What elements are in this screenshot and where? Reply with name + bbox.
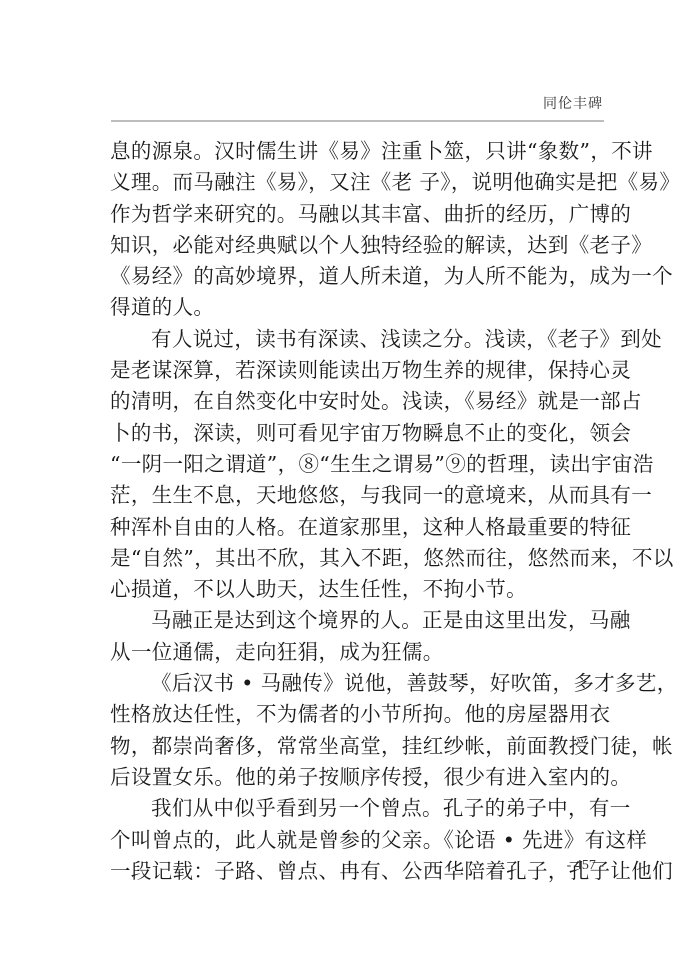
text-line: 卜的书，深读，则可看见宇宙万物瞬息不止的变化，领会 [110, 418, 610, 449]
text-line: 茫，生生不息，天地悠悠，与我同一的意境来，从而具有一 [110, 480, 610, 511]
paragraph-start-line: 我们从中似乎看到另一个曾点。孔子的弟子中，有一 [110, 793, 610, 824]
text-line: 后设置女乐。他的弟子按顺序传授，很少有进入室内的。 [110, 762, 610, 793]
text-line: 的清明，在自然变化中安时处。浅读，《易经》就是一部占 [110, 386, 610, 417]
text-line: 义理。而马融注《易》，又注《老 子》，说明他确实是把《易》 [110, 167, 610, 198]
header-divider [111, 120, 604, 122]
body-text: 息的源泉。汉时儒生讲《易》注重卜筮，只讲“象数”，不讲 义理。而马融注《易》，又… [110, 136, 610, 887]
paragraph-start-line: 有人说过，读书有深读、浅读之分。浅读，《老子》到处 [110, 324, 610, 355]
text-line: 息的源泉。汉时儒生讲《易》注重卜筮，只讲“象数”，不讲 [110, 136, 610, 167]
text-line: 得道的人。 [110, 292, 610, 323]
page-number: - 457 - [520, 858, 604, 874]
text-line: 作为哲学来研究的。马融以其丰富、曲折的经历，广博的 [110, 199, 610, 230]
running-header-title: 同伦丰碑 [111, 95, 603, 113]
paragraph-start-line: 《后汉书 • 马融传》说他，善鼓琴，好吹笛，多才多艺， [110, 668, 610, 699]
text-line: 知识，必能对经典赋以个人独特经验的解读，达到《老子》 [110, 230, 610, 261]
text-line: 种浑朴自由的人格。在道家那里，这种人格最重要的特征 [110, 512, 610, 543]
text-line: 物，都崇尚奢侈，常常坐高堂，挂红纱帐，前面教授门徒，帐 [110, 731, 610, 762]
text-line: 是老谋深算，若深读则能读出万物生养的规律，保持心灵 [110, 355, 610, 386]
text-line: 性格放达任性，不为儒者的小节所拘。他的房屋器用衣 [110, 699, 610, 730]
text-line: 个叫曾点的，此人就是曾参的父亲。《论语 • 先进》有这样 [110, 825, 610, 856]
text-line: 《易经》的高妙境界，道人所未道，为人所不能为，成为一个 [110, 261, 610, 292]
text-line: 从一位通儒，走向狂狷，成为狂儒。 [110, 637, 610, 668]
text-line: 是“自然”，其出不欣，其入不距，悠然而往，悠然而来，不以 [110, 543, 610, 574]
paragraph-start-line: 马融正是达到这个境界的人。正是由这里出发，马融 [110, 605, 610, 636]
text-line: 心损道，不以人助天，达生任性，不拘小节。 [110, 574, 610, 605]
text-line: “一阴一阳之谓道”，⑧“生生之谓易”⑨的哲理，读出宇宙浩 [110, 449, 610, 480]
